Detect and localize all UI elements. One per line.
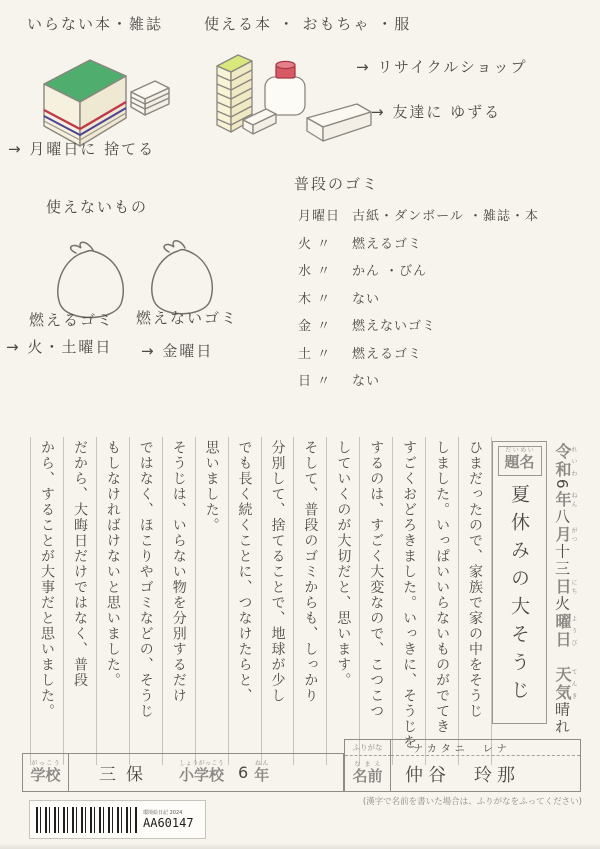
date-line: 令和れいわ6年ねん八月がつ十三日にち火曜日ようび 天気てんき晴れ <box>551 443 577 773</box>
school-label: 学校がっこう <box>23 754 69 791</box>
essay-column: すごくおどろきました。いっきに、そうじを <box>393 437 426 765</box>
schedule-row: 火 〃燃えるゴミ <box>298 233 588 252</box>
essay-column: だから、大晦日だけではなく、普段 <box>64 437 97 765</box>
date-segment: 日にち <box>553 578 572 596</box>
schedule-row: 月曜日古紙・ダンボール ・雑誌・本 <box>298 205 588 224</box>
schedule-items: 古紙・ダンボール ・雑誌・本 <box>352 205 588 224</box>
recycle-shop-label: → リサイクルショップ <box>356 56 528 77</box>
essay-column: 分別して、捨てることで、地球が少し <box>262 437 295 765</box>
grade-value: 6 <box>238 763 248 782</box>
trash-schedule: 月曜日古紙・ダンボール ・雑誌・本火 〃燃えるゴミ水 〃かん ・びん木 〃ない金… <box>298 205 588 398</box>
schedule-day: 日 〃 <box>298 370 352 389</box>
schedule-day: 金 〃 <box>298 315 352 334</box>
furigana-label: ふりがな <box>345 740 391 756</box>
school-suffix: 小学校しょうがっこう <box>179 760 224 785</box>
burnable-trash-label: 燃えるゴミ <box>29 309 114 330</box>
school-name-value: 三保 <box>99 760 153 785</box>
give-to-friend-label: → 友達に ゆずる <box>371 101 501 122</box>
usable-items-drawing <box>207 48 372 148</box>
schedule-day: 水 〃 <box>298 260 352 279</box>
name-field: ふりがな ナカタニ レナ 名前なまえ 仲谷 玲那 <box>344 739 581 792</box>
nonburnable-day-label: → 金曜日 <box>141 340 213 361</box>
nonburnable-trash-label: 燃えないゴミ <box>136 307 238 328</box>
essay-column: でも長く続くことに、つなけたらと、 <box>229 437 262 765</box>
date-segment: 晴れ <box>553 702 571 736</box>
essay-column: そして、普段のゴミからも、しっかり <box>294 437 327 765</box>
schedule-row: 金 〃燃えないゴミ <box>298 315 588 334</box>
name-value: 仲谷 玲那 <box>391 756 580 791</box>
regular-trash-title: 普段のゴミ <box>294 173 379 194</box>
essay-column: するのは、すごく大変なので、こつこつ <box>360 437 393 765</box>
barcode-code: AA60147 <box>143 816 194 830</box>
essay-column: 思いました。 <box>196 437 229 765</box>
schedule-row: 木 〃ない <box>298 288 588 307</box>
essay-title: 夏休みの大そうじ <box>506 484 533 723</box>
schedule-items: かん ・びん <box>352 260 588 279</box>
schedule-day: 土 〃 <box>298 343 352 362</box>
grade-suffix: 年ねん <box>254 760 269 785</box>
diary-page: いらない本・雑誌 → 月曜日に 捨てる 使える本 ・ おもちゃ ・服 <box>0 0 600 849</box>
schedule-items: 燃えないゴミ <box>352 315 588 334</box>
schedule-row: 水 〃かん ・びん <box>298 260 588 279</box>
barcode-stripes-icon <box>36 807 138 833</box>
date-segment: 火 <box>553 596 571 613</box>
furigana-value: ナカタニ レナ <box>391 740 580 756</box>
unusable-items-label: 使えないもの <box>46 196 148 217</box>
date-segment: 月がつ <box>553 526 572 544</box>
essay-grid: ひまだったので、家族で家の中をそうじしました。いっぱいいらないものがでてきて、す… <box>30 437 492 765</box>
essay-column: ひまだったので、家族で家の中をそうじ <box>459 437 492 765</box>
date-segment <box>553 649 571 666</box>
date-segment: 年ねん <box>553 491 572 509</box>
schedule-items: ない <box>352 370 588 389</box>
date-segment: 天気てんき <box>553 666 572 702</box>
essay-column: そうじは、いらない物を分別するだけ <box>163 437 196 765</box>
burnable-days-label: → 火・土曜日 <box>6 336 112 357</box>
schedule-day: 火 〃 <box>298 233 352 252</box>
schedule-row: 日 〃ない <box>298 370 588 389</box>
unneeded-books-label: いらない本・雑誌 <box>27 13 163 34</box>
schedule-items: 燃えるゴミ <box>352 343 588 362</box>
date-segment: 曜日ようび <box>553 613 572 649</box>
schedule-day: 木 〃 <box>298 288 352 307</box>
date-segment: 令和れいわ <box>553 443 572 479</box>
schedule-items: ない <box>352 288 588 307</box>
monday-discard-label: → 月曜日に 捨てる <box>8 138 155 159</box>
essay-column: から、することが大事だと思いました。 <box>30 437 64 765</box>
schedule-row: 土 〃燃えるゴミ <box>298 343 588 362</box>
title-label: 題名だいめい <box>498 446 542 476</box>
essay-column: もしなければけないと思いました。 <box>97 437 130 765</box>
date-segment: 十三 <box>553 544 571 578</box>
title-box: 題名だいめい 夏休みの大そうじ <box>492 441 547 724</box>
date-segment: 6 <box>553 479 571 491</box>
schedule-items: 燃えるゴミ <box>352 233 588 252</box>
date-segment: 八 <box>553 509 571 526</box>
barcode-label: 環境絵日記 2024 <box>143 809 194 816</box>
essay-column: ではなく、ほこりやゴミなどの、そうじ <box>130 437 163 765</box>
name-label: 名前なまえ <box>345 756 391 791</box>
essay-column: しました。いっぱいいらないものがでてきて、 <box>426 437 459 765</box>
school-field: 学校がっこう 三保 小学校しょうがっこう 6 年ねん <box>22 753 344 792</box>
furigana-note: (漢字で名前を書いた場合は、ふりがなをふってください) <box>280 795 582 807</box>
schedule-day: 月曜日 <box>298 205 352 224</box>
essay-column: していくのが大切だと、思います。 <box>327 437 360 765</box>
usable-items-label: 使える本 ・ おもちゃ ・服 <box>204 13 411 34</box>
barcode-box: 環境絵日記 2024 AA60147 <box>29 800 206 839</box>
